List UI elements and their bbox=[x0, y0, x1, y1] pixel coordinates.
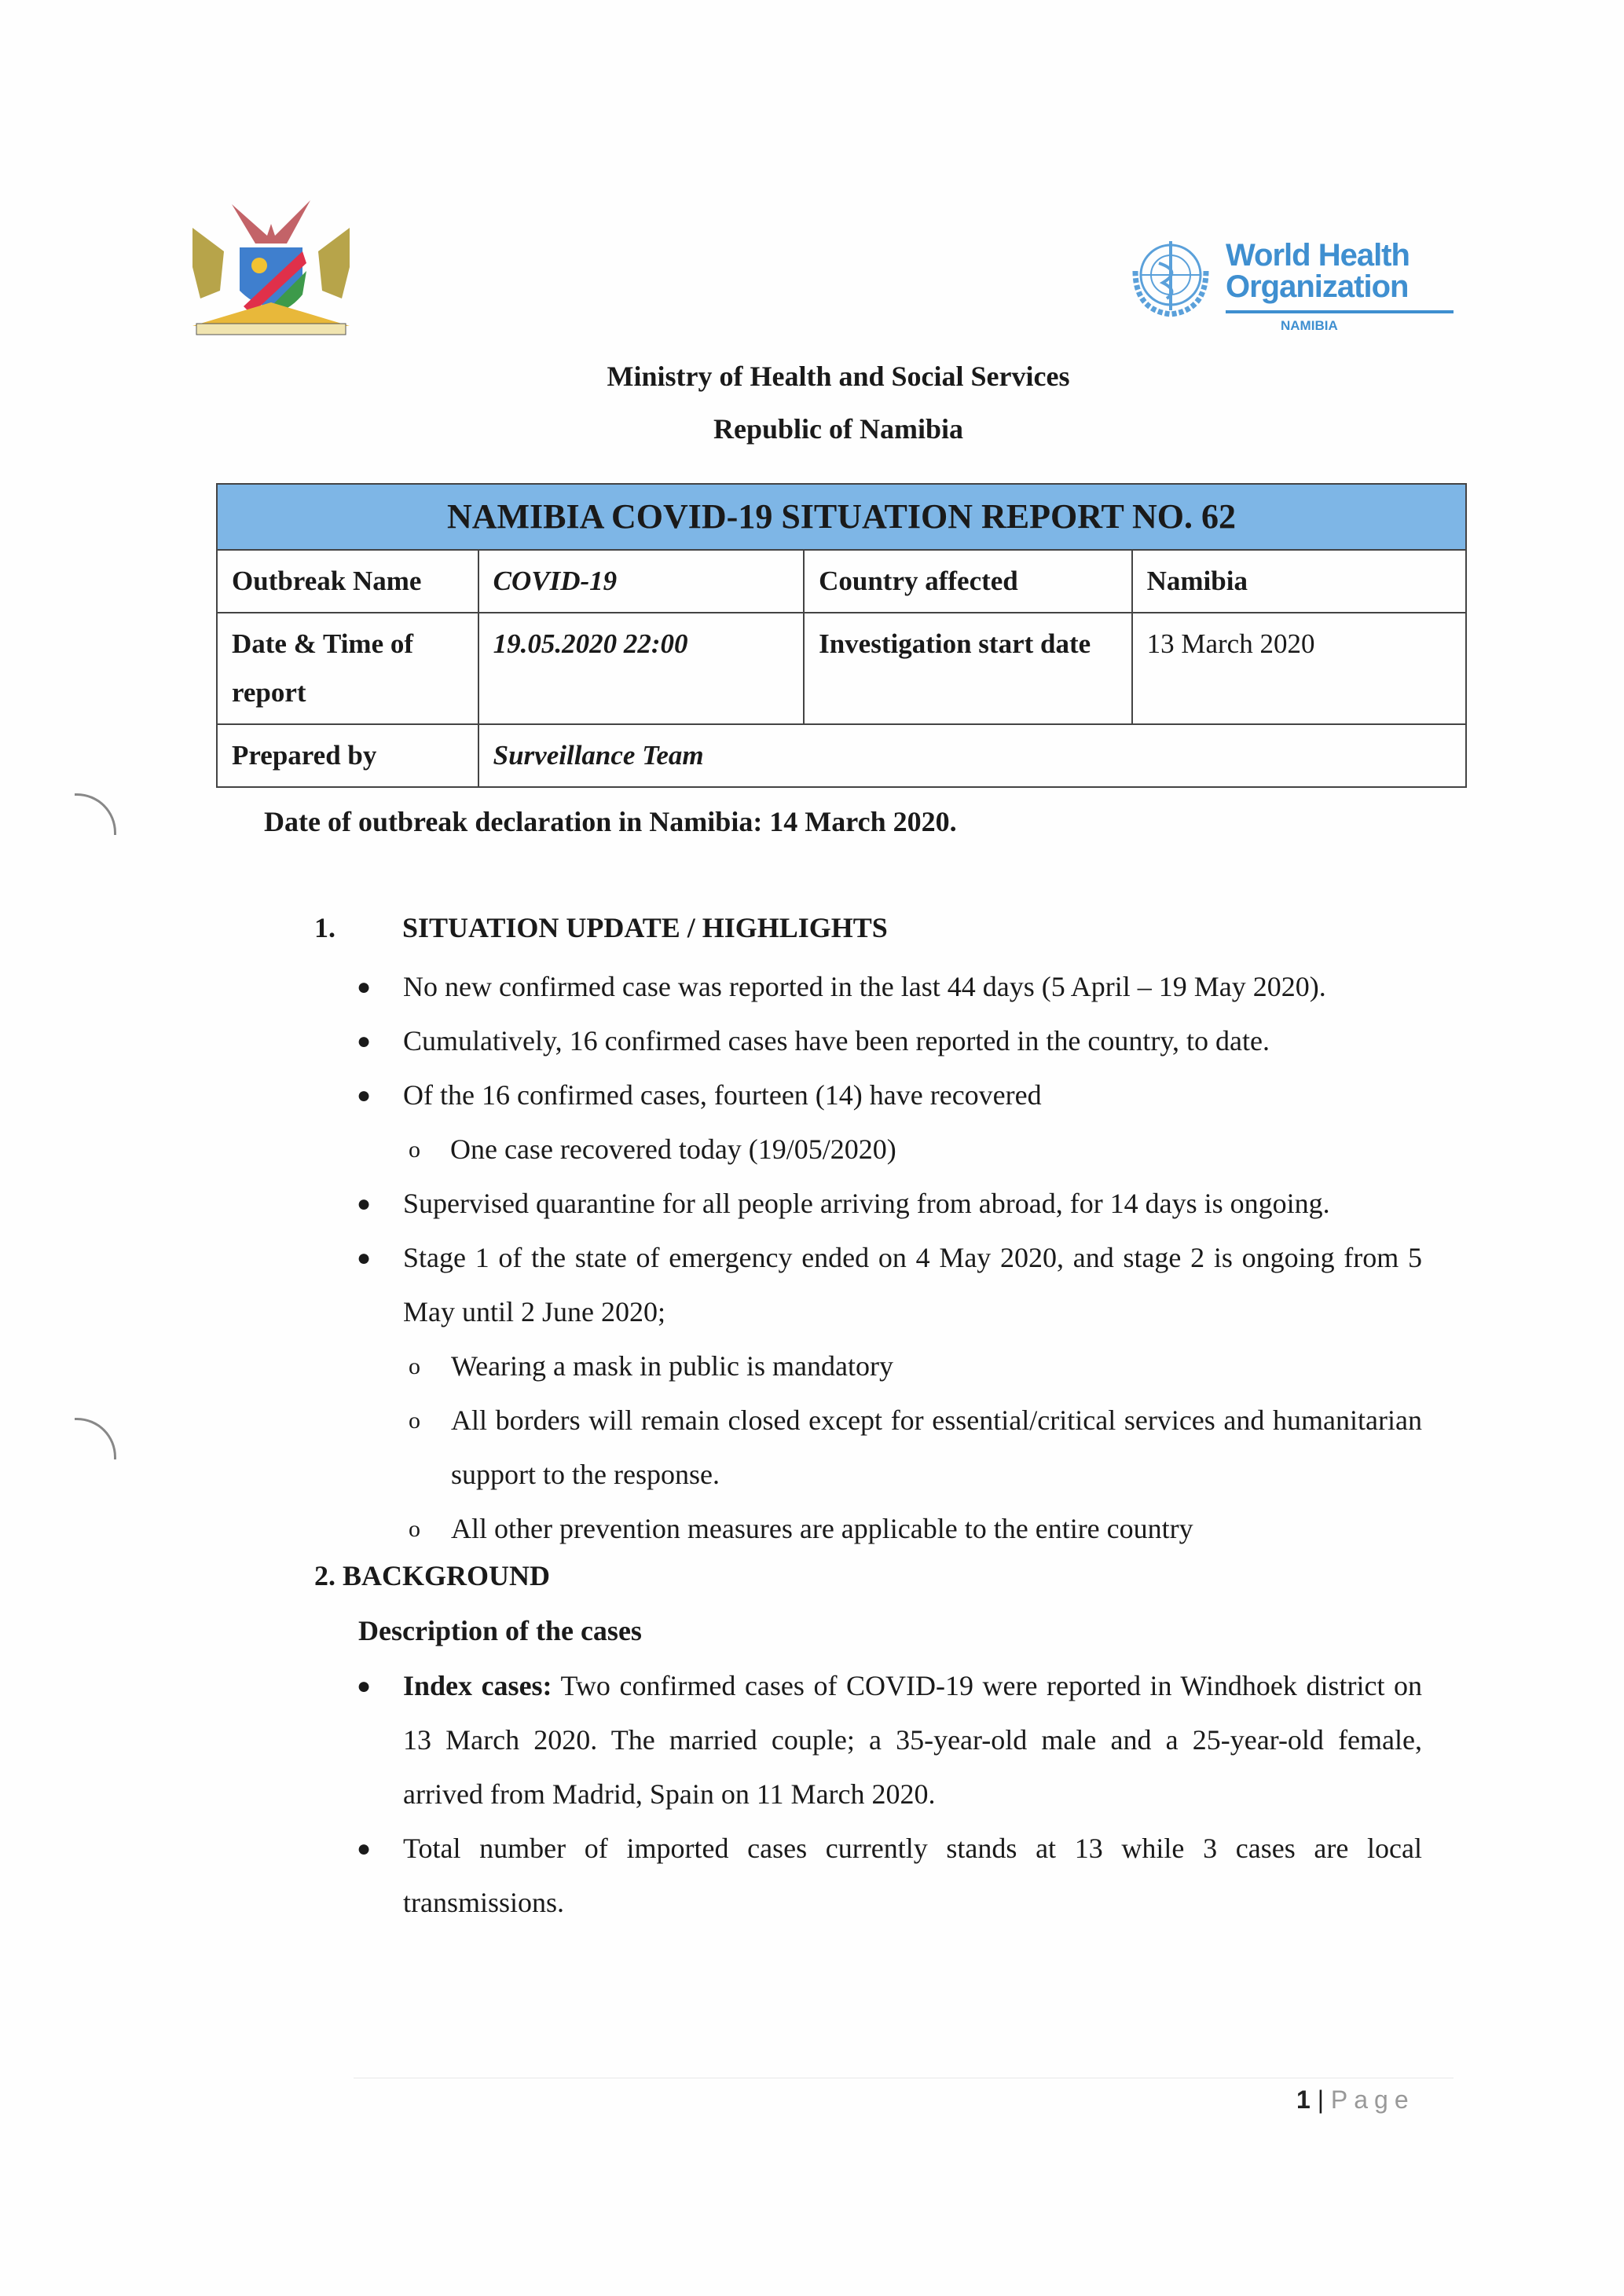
list-subitem: oAll borders will remain closed except f… bbox=[354, 1393, 1422, 1502]
who-divider bbox=[1226, 310, 1454, 313]
ministry-heading: Ministry of Health and Social Services bbox=[0, 360, 1624, 393]
report-datetime-label: Date & Time of report bbox=[217, 613, 478, 724]
who-country: NAMIBIA bbox=[1281, 318, 1338, 334]
list-subitem: oAll other prevention measures are appli… bbox=[354, 1502, 1422, 1556]
table-row: Outbreak Name COVID-19 Country affected … bbox=[217, 550, 1466, 613]
prepared-by-label: Prepared by bbox=[217, 724, 478, 787]
outbreak-name-value: COVID-19 bbox=[478, 550, 804, 613]
investigation-start-value: 13 March 2020 bbox=[1132, 613, 1466, 724]
circle-bullet-icon: o bbox=[409, 1122, 420, 1177]
punch-mark bbox=[75, 793, 116, 835]
investigation-start-label: Investigation start date bbox=[804, 613, 1132, 724]
footer-divider bbox=[354, 2078, 1454, 2078]
list-subitem: oOne case recovered today (19/05/2020) bbox=[354, 1122, 1422, 1177]
page-separator: | bbox=[1318, 2085, 1324, 2114]
page-label: Page bbox=[1331, 2085, 1415, 2114]
list-item: ●Cumulatively, 16 confirmed cases have b… bbox=[354, 1014, 1422, 1068]
table-row: Date & Time of report 19.05.2020 22:00 I… bbox=[217, 613, 1466, 724]
table-row: Prepared by Surveillance Team bbox=[217, 724, 1466, 787]
who-line1: World Health bbox=[1226, 240, 1410, 271]
bullet-icon: ● bbox=[357, 1177, 371, 1231]
punch-mark bbox=[75, 1418, 116, 1459]
prepared-by-value: Surveillance Team bbox=[478, 724, 1466, 787]
list-item: ●Index cases: Two confirmed cases of COV… bbox=[354, 1659, 1422, 1822]
bullet-icon: ● bbox=[357, 960, 371, 1014]
report-title: NAMIBIA COVID-19 SITUATION REPORT NO. 62 bbox=[217, 484, 1466, 550]
section1-title: SITUATION UPDATE / HIGHLIGHTS bbox=[402, 911, 888, 944]
page-footer: 1 | Page bbox=[1296, 2085, 1415, 2115]
republic-heading: Republic of Namibia bbox=[0, 412, 1624, 445]
page-number: 1 bbox=[1296, 2085, 1311, 2114]
who-line2: Organization bbox=[1226, 271, 1410, 302]
list-item: ●Total number of imported cases currentl… bbox=[354, 1822, 1422, 1930]
section1-list: ●No new confirmed case was reported in t… bbox=[354, 960, 1422, 1556]
bullet-icon: ● bbox=[357, 1822, 371, 1876]
list-item: ●Of the 16 confirmed cases, fourteen (14… bbox=[354, 1068, 1422, 1122]
bullet-icon: ● bbox=[357, 1231, 371, 1285]
who-namibia-logo: World Health Organization NAMIBIA bbox=[1124, 224, 1454, 342]
bullet-icon: ● bbox=[357, 1659, 371, 1713]
bullet-icon: ● bbox=[357, 1068, 371, 1122]
who-emblem-icon bbox=[1124, 232, 1218, 326]
list-item: ●Stage 1 of the state of emergency ended… bbox=[354, 1231, 1422, 1339]
list-subitem: oWearing a mask in public is mandatory bbox=[354, 1339, 1422, 1393]
section2-list: ●Index cases: Two confirmed cases of COV… bbox=[354, 1659, 1422, 1930]
outbreak-declaration: Date of outbreak declaration in Namibia:… bbox=[264, 805, 957, 838]
list-item: ●No new confirmed case was reported in t… bbox=[354, 960, 1422, 1014]
circle-bullet-icon: o bbox=[409, 1502, 420, 1556]
circle-bullet-icon: o bbox=[409, 1339, 420, 1393]
report-info-table: NAMIBIA COVID-19 SITUATION REPORT NO. 62… bbox=[216, 483, 1467, 788]
list-item: ●Supervised quarantine for all people ar… bbox=[354, 1177, 1422, 1231]
outbreak-name-label: Outbreak Name bbox=[217, 550, 478, 613]
country-affected-label: Country affected bbox=[804, 550, 1132, 613]
country-affected-value: Namibia bbox=[1132, 550, 1466, 613]
bullet-icon: ● bbox=[357, 1014, 371, 1068]
report-datetime-value: 19.05.2020 22:00 bbox=[478, 613, 804, 724]
section2-subtitle: Description of the cases bbox=[358, 1614, 642, 1647]
section2-title: 2. BACKGROUND bbox=[314, 1559, 550, 1592]
section1-number: 1. bbox=[314, 911, 335, 944]
namibia-coat-of-arms-icon bbox=[177, 189, 365, 346]
circle-bullet-icon: o bbox=[409, 1393, 420, 1448]
